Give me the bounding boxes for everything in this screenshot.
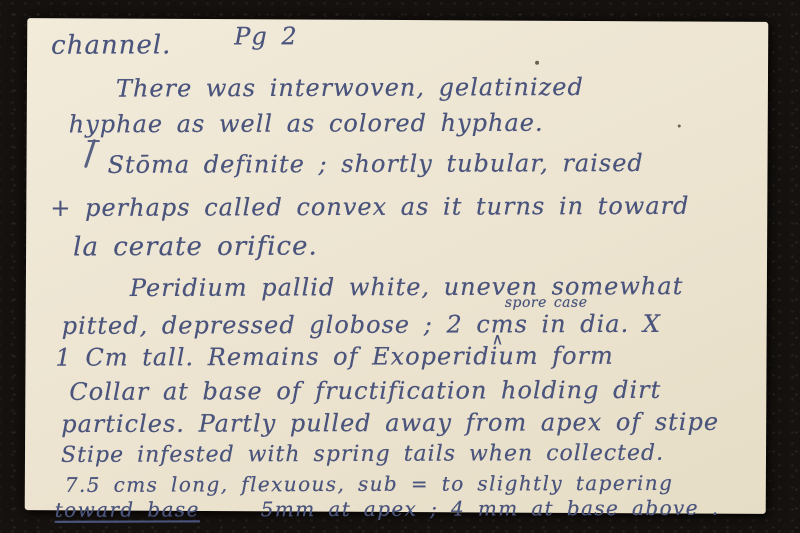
stray-ink-mark [84,139,96,168]
handwriting-line: la cerate orifice. [73,232,318,263]
handwriting-line: particles. Partly pulled away from apex … [61,408,719,438]
handwriting-line: hyphae as well as colored hyphae. [69,109,544,139]
handwriting-line: channel. [51,30,171,60]
handwriting-line: There was interwoven, gelatinized [116,73,584,103]
handwriting-line: + perhaps called convex as it turns in t… [50,192,689,222]
handwriting-line: toward base [55,497,200,522]
dust-speck [678,124,681,127]
handwriting-line: Collar at base of fructification holding… [69,376,661,406]
handwriting-line: pitted, depressed globose ; 2 cms in dia… [62,310,661,340]
handwriting-line: 1 Cm tall. Remains of Exoperidium form [55,342,613,372]
interlinear-annotation: spore case [505,295,588,311]
handwriting-line: Stōma definite ; shortly tubular, raised [107,149,643,179]
note-card: Pg 2 channel. There was interwoven, gela… [25,18,769,514]
page-number-label: Pg 2 [234,22,298,50]
handwriting-line: 7.5 cms long, flexuous, sub = to slightl… [65,471,674,497]
handwriting-line: 5mm at apex ; 4 mm at base above . [261,496,720,522]
dust-speck [535,61,539,65]
handwriting-line: Stipe infested with spring tails when co… [61,441,664,468]
handwriting-line: Peridium pallid white, uneven somewhat [130,272,684,302]
